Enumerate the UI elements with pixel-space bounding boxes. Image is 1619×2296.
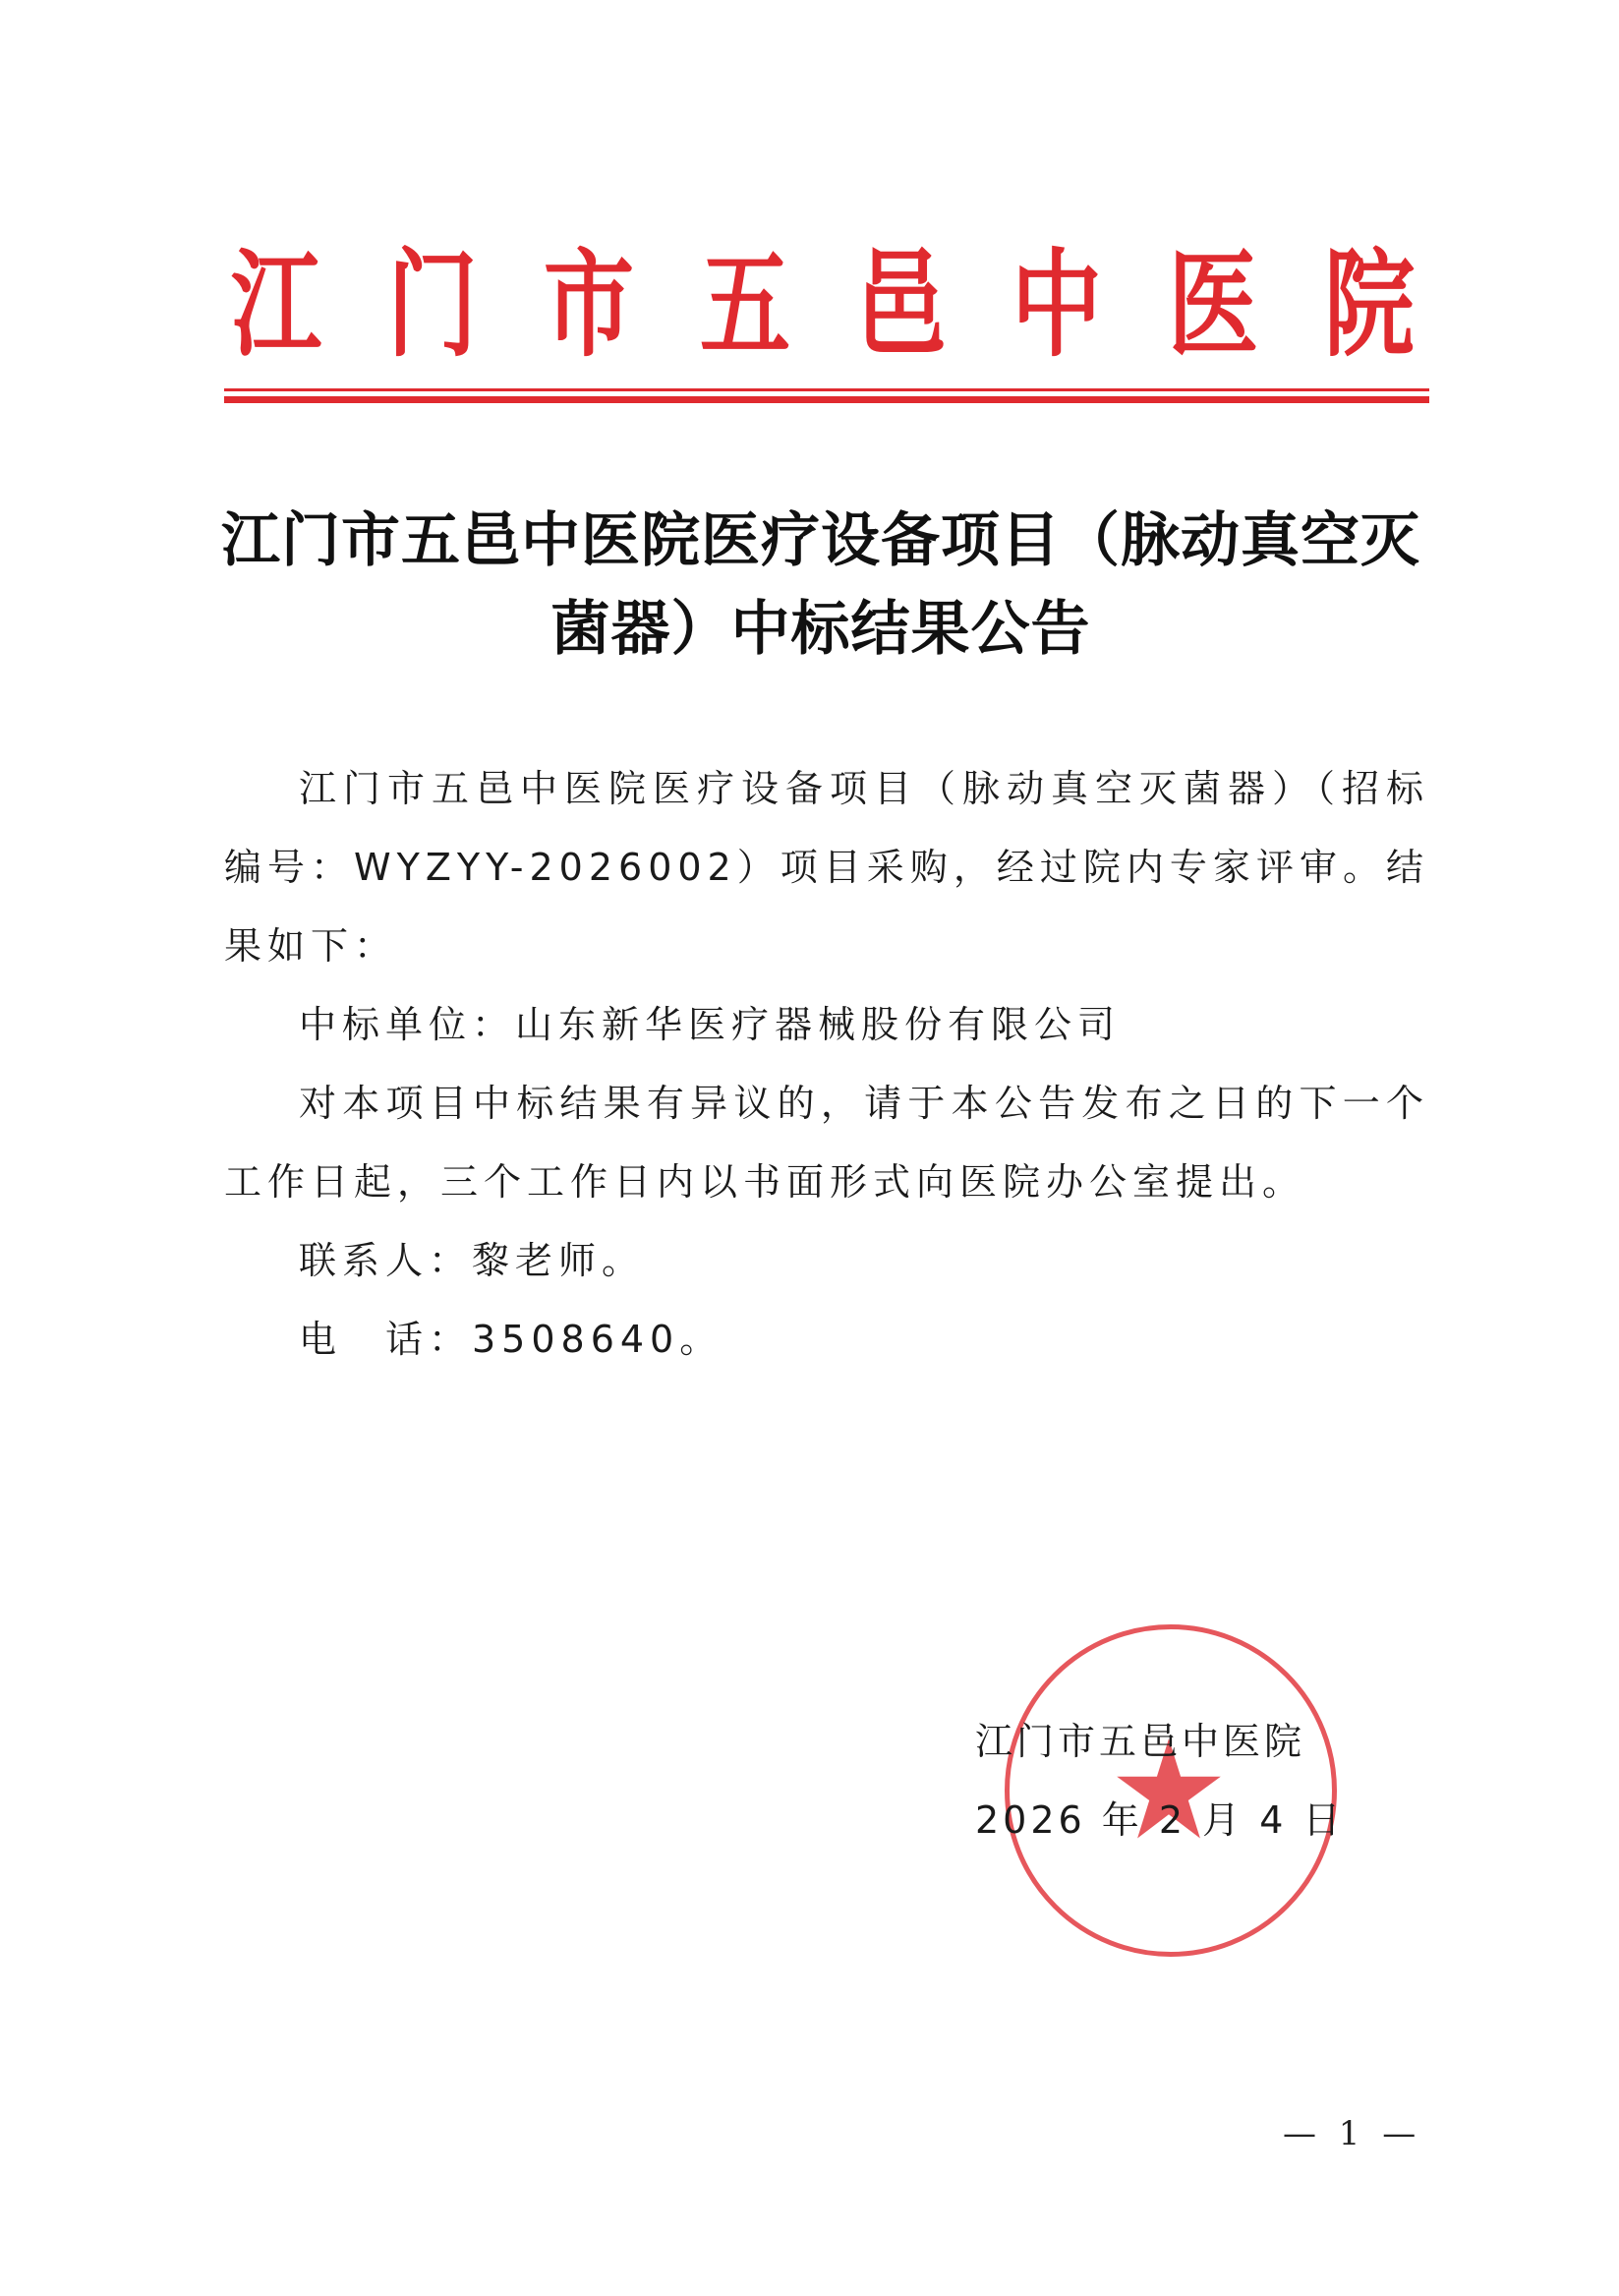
paragraph-objection-notice: 对本项目中标结果有异议的，请于本公告发布之日的下一个工作日起，三个工作日内以书面… [224, 1064, 1429, 1221]
masthead-char: 医 [1168, 247, 1258, 363]
masthead-char: 五 [700, 247, 790, 363]
masthead-char: 江 [231, 247, 321, 363]
signature-organization: 江门市五邑中医院 [975, 1711, 1305, 1765]
masthead-char: 市 [544, 247, 634, 363]
masthead-char: 中 [1012, 247, 1102, 363]
masthead-divider-thick [224, 396, 1429, 403]
signature-date: 2026 年 2 月 4 日 [975, 1790, 1344, 1844]
document-title: 江门市五邑中医院医疗设备项目（脉动真空灭菌器）中标结果公告 [211, 497, 1430, 674]
document-body: 江门市五邑中医院医疗设备项目（脉动真空灭菌器）（招标编号：WYZYY-20260… [224, 749, 1429, 1379]
masthead-divider-thin [224, 388, 1429, 391]
paragraph-intro: 江门市五邑中医院医疗设备项目（脉动真空灭菌器）（招标编号：WYZYY-20260… [224, 749, 1429, 985]
paragraph-phone: 电 话：3508640。 [224, 1300, 1429, 1379]
page-number: — 1 — [1283, 2114, 1421, 2153]
paragraph-winning-bidder: 中标单位：山东新华医疗器械股份有限公司 [224, 985, 1429, 1064]
masthead-char: 邑 [855, 247, 946, 363]
masthead-char: 门 [387, 247, 478, 363]
masthead-hospital-name: 江 门 市 五 邑 中 医 院 [218, 236, 1427, 374]
masthead-char: 院 [1324, 247, 1415, 363]
paragraph-contact-person: 联系人：黎老师。 [224, 1221, 1429, 1300]
